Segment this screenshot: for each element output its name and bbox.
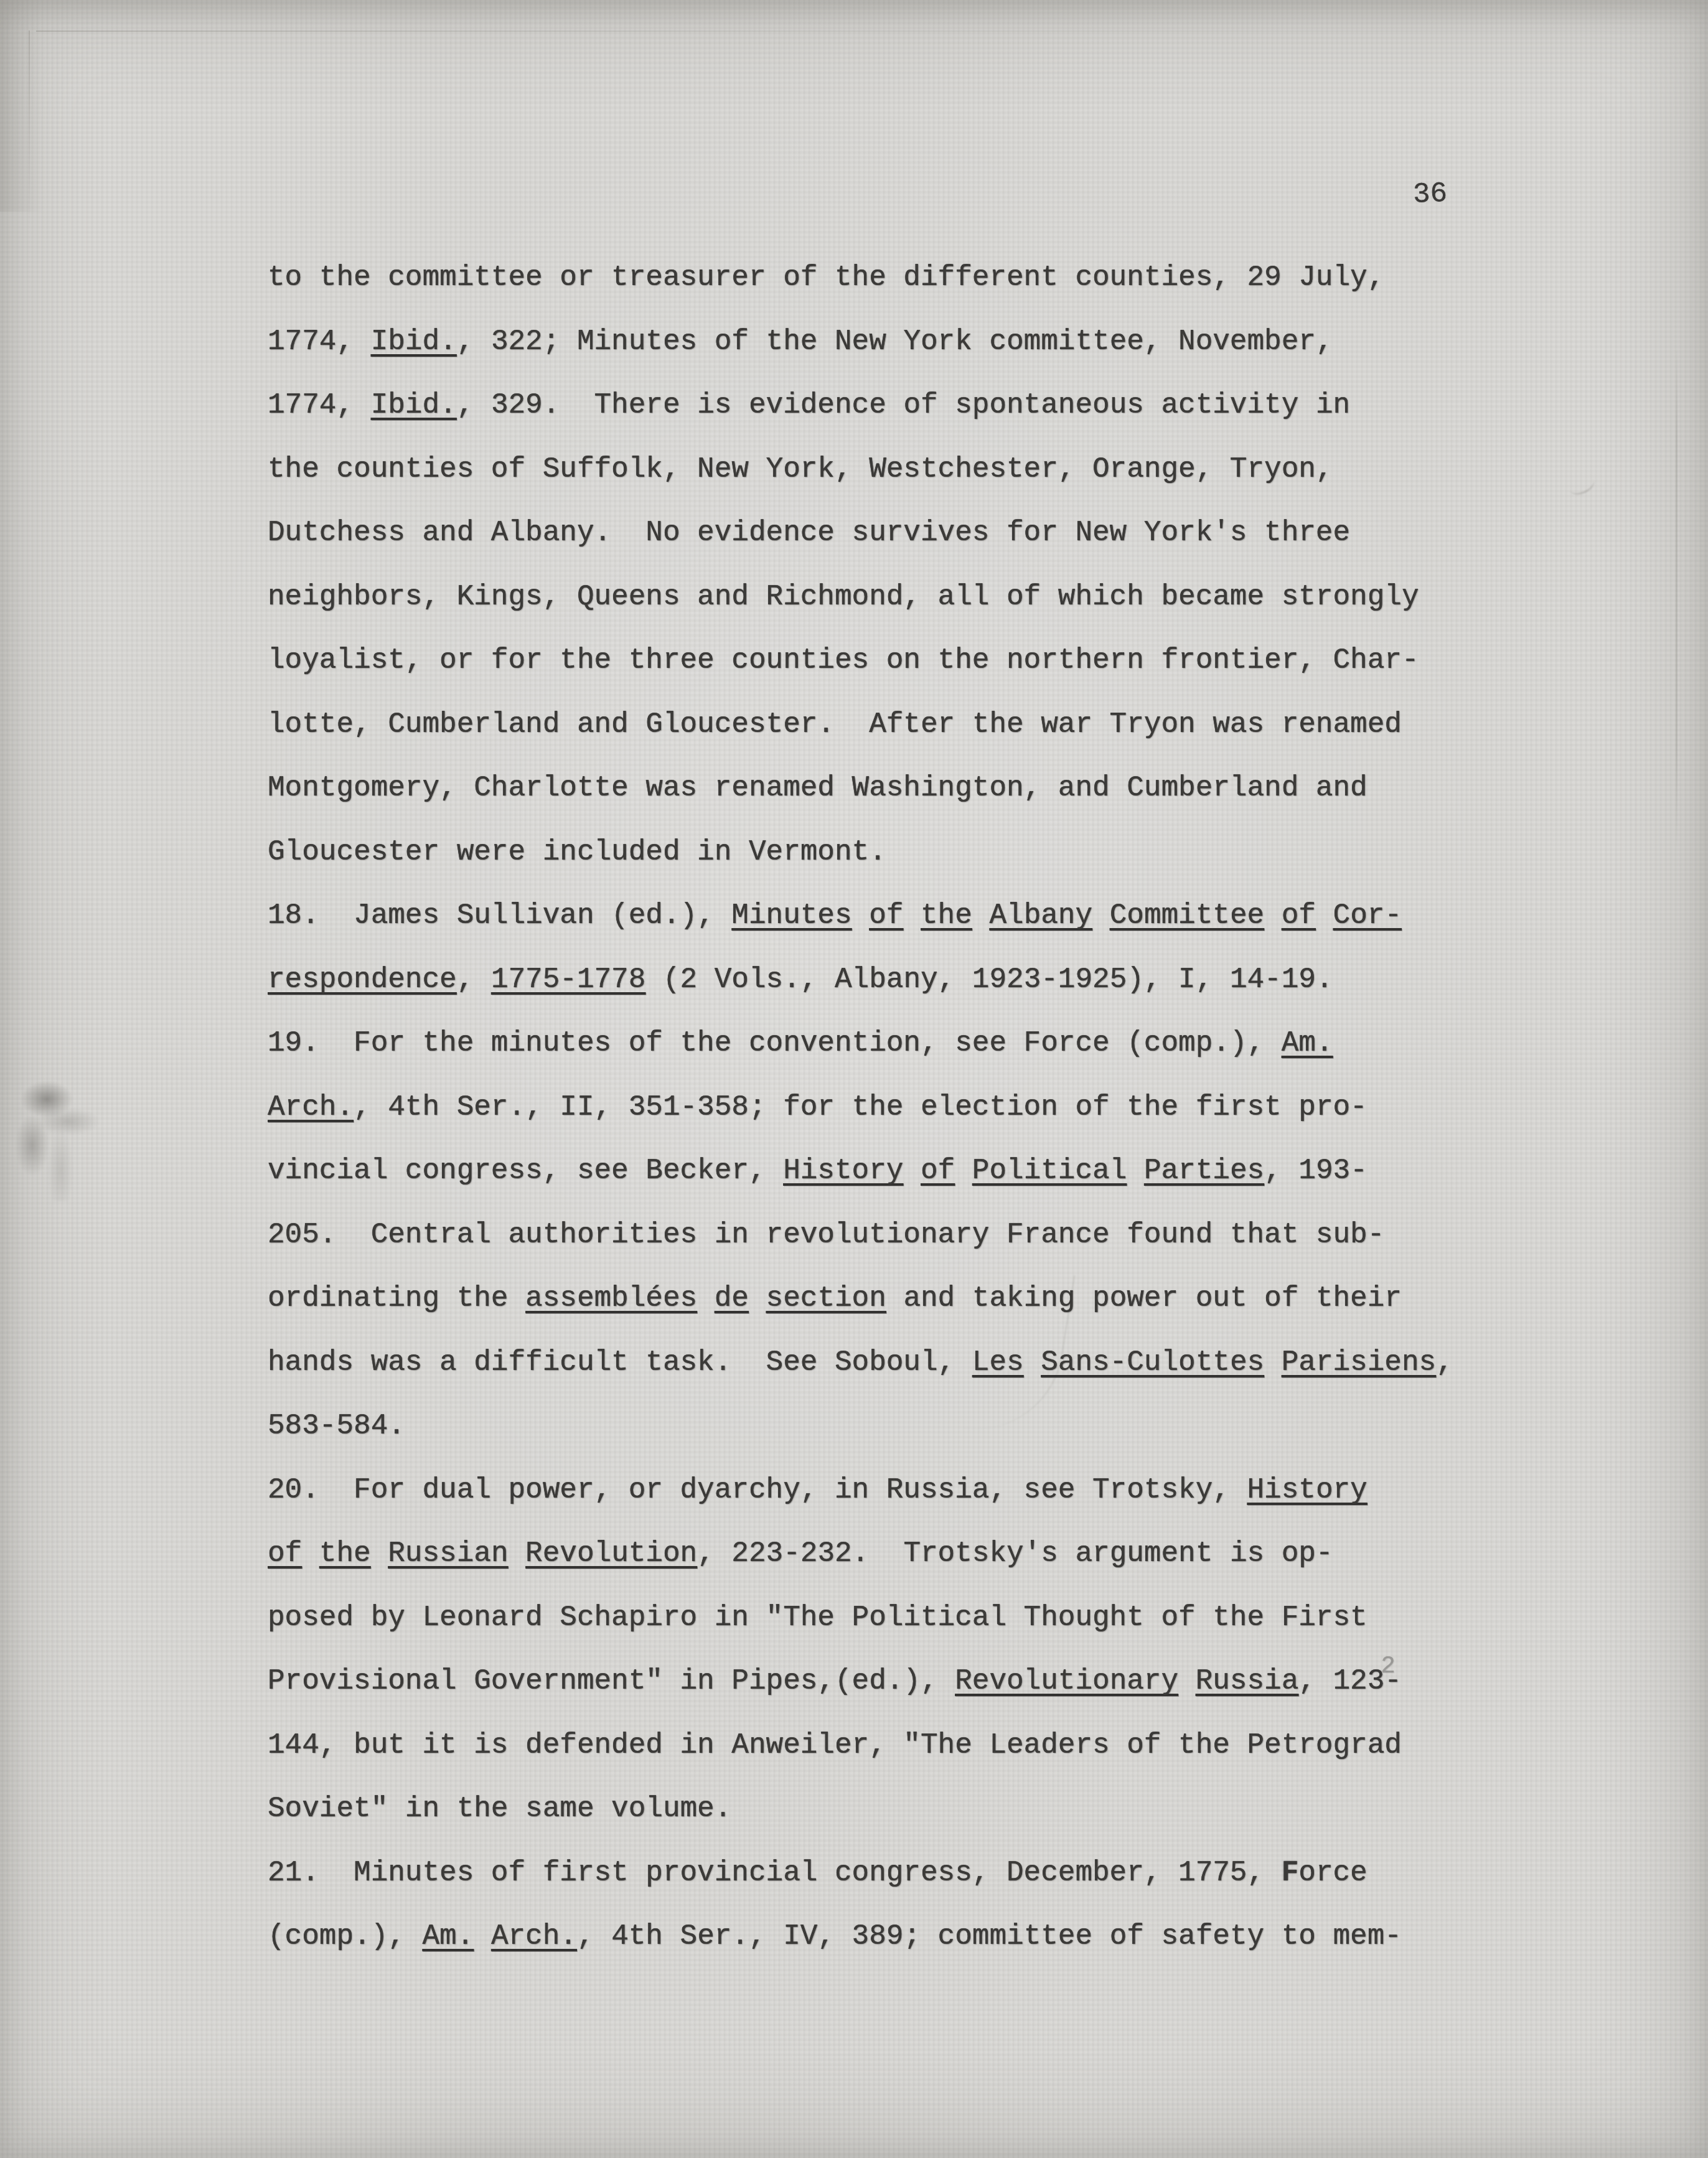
text-line: 1774, Ibid., 322; Minutes of the New Yor… — [268, 310, 1453, 374]
scan-corner-shadow — [0, 0, 44, 212]
underlined-citation-text: of — [268, 1537, 302, 1570]
underlined-citation-text: Arch. — [268, 1091, 354, 1124]
underlined-citation-text: Sans-Culottes — [1041, 1346, 1264, 1379]
text-line: respondence, 1775-1778 (2 Vols., Albany,… — [268, 948, 1453, 1012]
text-line: Arch., 4th Ser., II, 351-358; for the el… — [268, 1076, 1453, 1140]
typed-text: loyalist, or for the three counties on t… — [268, 644, 1419, 677]
page-number: 36 — [1412, 177, 1448, 211]
typed-text: 1774, — [268, 389, 371, 421]
typed-text: , — [1436, 1346, 1453, 1379]
typed-text: hands was a difficult task. See Soboul, — [268, 1346, 972, 1379]
text-line: neighbors, Kings, Queens and Richmond, a… — [268, 565, 1453, 629]
typed-text: 1774, — [268, 326, 371, 358]
typed-text: 583-584. — [268, 1410, 405, 1442]
typed-text: Gloucester were included in Vermont. — [268, 836, 886, 868]
underlined-citation-text: Arch. — [491, 1920, 577, 1953]
typed-text: vincial congress, see Becker, — [268, 1155, 783, 1187]
underlined-citation-text: Russia — [1196, 1665, 1299, 1697]
text-line: Gloucester were included in Vermont. — [268, 820, 1453, 884]
text-line: Montgomery, Charlotte was renamed Washin… — [268, 756, 1453, 820]
sheet-edge-line-horizontal — [36, 30, 1708, 32]
underlined-citation-text: the — [921, 899, 972, 932]
text-line: hands was a difficult task. See Soboul, … — [268, 1331, 1453, 1395]
typed-text: , 193- — [1264, 1155, 1368, 1187]
typed-text: 19. For the minutes of the convention, s… — [268, 1027, 1282, 1059]
underlined-citation-text: Political — [972, 1155, 1127, 1187]
typed-text: Soviet" in the same volume. — [268, 1793, 731, 1825]
text-line: to the committee or treasurer of the dif… — [268, 246, 1453, 310]
typed-text: the counties of Suffolk, New York, Westc… — [268, 453, 1333, 486]
underlined-citation-text: of — [921, 1155, 955, 1187]
typed-text-block: to the committee or treasurer of the dif… — [268, 246, 1453, 1969]
text-line: 205. Central authorities in revolutionar… — [268, 1203, 1453, 1267]
underlined-citation-text: Russian — [388, 1537, 508, 1570]
underlined-citation-text: Ibid. — [371, 389, 457, 421]
underlined-citation-text: Revolutionary — [955, 1665, 1178, 1697]
typed-text: ordinating the — [268, 1282, 525, 1315]
typed-text: 21. Minutes of first provincial congress… — [268, 1857, 1282, 1889]
typed-text: , 223-232. Trotsky's argument is op- — [697, 1537, 1333, 1570]
text-line: 20. For dual power, or dyarchy, in Russi… — [268, 1458, 1453, 1522]
typed-text: 18. James Sullivan (ed.), — [268, 899, 731, 932]
faint-pencil-mark — [1566, 472, 1597, 499]
underlined-citation-text: Cor- — [1333, 899, 1402, 932]
text-line: loyalist, or for the three counties on t… — [268, 629, 1453, 693]
underlined-citation-text: Am. — [1282, 1027, 1333, 1059]
underlined-citation-text: 1775-1778 — [491, 964, 645, 996]
typed-text: Dutchess and Albany. No evidence survive… — [268, 517, 1350, 549]
text-line: 18. James Sullivan (ed.), Minutes of the… — [268, 884, 1453, 948]
underlined-citation-text: section — [766, 1282, 886, 1315]
typed-text: , 123 — [1298, 1665, 1384, 1697]
typed-text: , 4th Ser., II, 351-358; for the electio… — [354, 1091, 1368, 1124]
paper-crease-right — [1676, 349, 1677, 847]
underlined-citation-text: Albany — [989, 899, 1092, 932]
text-line: Provisional Government" in Pipes,(ed.), … — [268, 1649, 1453, 1714]
text-line: lotte, Cumberland and Gloucester. After … — [268, 693, 1453, 757]
underlined-citation-text: of — [869, 899, 903, 932]
sheet-edge-line-vertical — [29, 30, 30, 230]
text-line: 19. For the minutes of the convention, s… — [268, 1011, 1453, 1076]
typed-text: Montgomery, Charlotte was renamed Washin… — [268, 772, 1368, 804]
text-line: Soviet" in the same volume. — [268, 1777, 1453, 1841]
underlined-citation-text: Ibid. — [371, 326, 457, 358]
text-line: vincial congress, see Becker, History of… — [268, 1139, 1453, 1203]
document-page: 36 to the committee or treasurer of the … — [0, 0, 1708, 2158]
scan-top-shadow — [0, 0, 1708, 30]
typed-text: F — [1282, 1857, 1299, 1889]
typed-text: neighbors, Kings, Queens and Richmond, a… — [268, 581, 1419, 613]
text-line: 144, but it is defended in Anweiler, "Th… — [268, 1714, 1453, 1778]
typed-text: 144, but it is defended in Anweiler, "Th… — [268, 1729, 1402, 1762]
underlined-citation-text: Am. — [422, 1920, 474, 1953]
typed-text: , 329. There is evidence of spontaneous … — [457, 389, 1350, 421]
typed-text: lotte, Cumberland and Gloucester. After … — [268, 708, 1402, 741]
text-line: the counties of Suffolk, New York, Westc… — [268, 438, 1453, 502]
typed-text: and taking power out of their — [886, 1282, 1402, 1315]
text-line: 1774, Ibid., 329. There is evidence of s… — [268, 373, 1453, 438]
text-line: 583-584. — [268, 1394, 1453, 1458]
text-line: posed by Leonard Schapiro in "The Politi… — [268, 1586, 1453, 1650]
underlined-citation-text: Committee — [1110, 899, 1264, 932]
typed-text: (comp.), — [268, 1920, 422, 1953]
underlined-citation-text: History — [1247, 1474, 1367, 1506]
typed-text: 20. For dual power, or dyarchy, in Russi… — [268, 1474, 1247, 1506]
underlined-citation-text: the — [319, 1537, 371, 1570]
underlined-citation-text: Minutes — [731, 899, 852, 932]
underlined-citation-text: respondence — [268, 964, 457, 996]
typed-text: posed by Leonard Schapiro in "The Politi… — [268, 1602, 1368, 1634]
typed-text: 205. Central authorities in revolutionar… — [268, 1219, 1384, 1251]
underlined-citation-text: assemblées — [525, 1282, 697, 1315]
typed-text: Provisional Government" in Pipes,(ed.), — [268, 1665, 955, 1697]
typed-text: , 322; Minutes of the New York committee… — [457, 326, 1333, 358]
underlined-citation-text: Les — [972, 1346, 1024, 1379]
typed-text: orce — [1298, 1857, 1367, 1889]
typed-text — [474, 1920, 491, 1953]
typed-text: , 4th Ser., IV, 389; committee of safety… — [577, 1920, 1402, 1953]
text-line: (comp.), Am. Arch., 4th Ser., IV, 389; c… — [268, 1905, 1453, 1969]
text-line: Dutchess and Albany. No evidence survive… — [268, 501, 1453, 565]
underlined-citation-text: History — [783, 1155, 903, 1187]
typed-text: to the committee or treasurer of the dif… — [268, 261, 1384, 294]
underlined-citation-text: Parisiens — [1282, 1346, 1436, 1379]
underlined-citation-text: Parties — [1144, 1155, 1264, 1187]
typed-text: (2 Vols., Albany, 1923-1925), I, 14-19. — [645, 964, 1333, 996]
underlined-citation-text: of — [1282, 899, 1316, 932]
paper-smudge — [2, 1077, 108, 1201]
underlined-citation-text: de — [715, 1282, 749, 1315]
text-line: 21. Minutes of first provincial congress… — [268, 1841, 1453, 1905]
underlined-citation-text: Revolution — [525, 1537, 697, 1570]
text-line: of the Russian Revolution, 223-232. Trot… — [268, 1522, 1453, 1586]
typed-text: , — [457, 964, 491, 996]
text-line: ordinating the assemblées de section and… — [268, 1267, 1453, 1331]
